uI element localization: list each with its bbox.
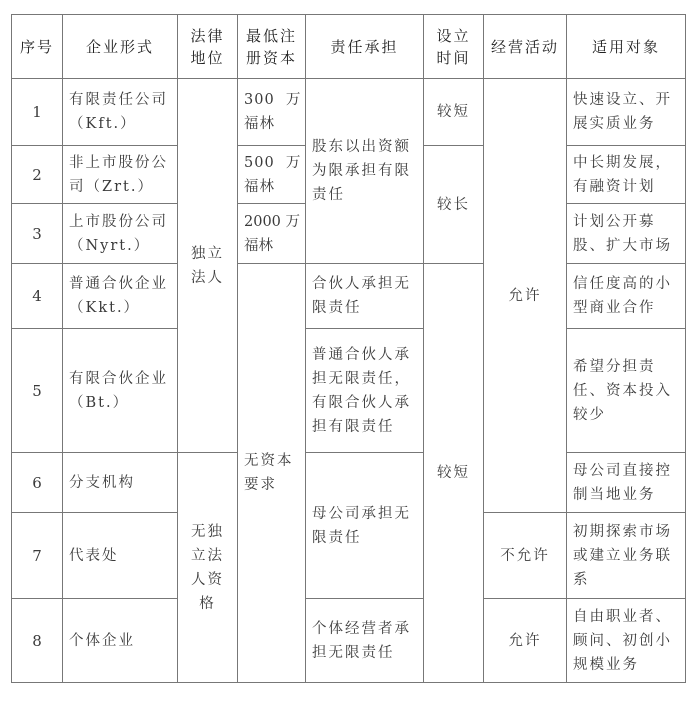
row-5-form: 有限合伙企业 （Bt.） (62, 328, 178, 453)
capital-zrt-text: 500 万 福林 (244, 151, 301, 199)
header-setup-time: 设立 时间 (423, 14, 484, 79)
activity-allowed-1: 允许 (483, 78, 567, 513)
row-2-index: 2 (11, 145, 63, 204)
header-form: 企业形式 (62, 14, 178, 79)
header-business-activity-label: 经营活动 (491, 36, 559, 58)
row-6-form-text: 分支机构 (69, 471, 135, 495)
row-5-index: 5 (11, 328, 63, 453)
row-7-target: 初期探索市场 或建立业务联 系 (566, 512, 686, 599)
row-2-form: 非上市股份公 司（Zrt.） (62, 145, 178, 204)
setup-short-2: 较短 (423, 263, 484, 683)
liability-partners: 合伙人承担无 限责任 (305, 263, 424, 329)
header-target-label: 适用对象 (592, 36, 660, 58)
row-3-index: 3 (11, 203, 63, 264)
header-liability: 责任承担 (305, 14, 424, 79)
legal-status-non-independent-text: 无独 立法 人资 格 (191, 520, 224, 616)
liability-parent: 母公司承担无 限责任 (305, 452, 424, 599)
row-4-target-text: 信任度高的小 型商业合作 (573, 272, 672, 320)
row-8-form: 个体企业 (62, 598, 178, 683)
row-3-target: 计划公开募 股、扩大市场 (566, 203, 686, 264)
row-7-index: 7 (11, 512, 63, 599)
row-6-target-text: 母公司直接控 制当地业务 (573, 459, 672, 507)
row-4-form: 普通合伙企业 （Kkt.） (62, 263, 178, 329)
header-min-capital: 最低注 册资本 (237, 14, 306, 79)
setup-long: 较长 (423, 145, 484, 264)
legal-status-independent: 独立 法人 (177, 78, 238, 453)
legal-status-non-independent: 无独 立法 人资 格 (177, 452, 238, 683)
capital-kft: 300 万 福林 (237, 78, 306, 146)
row-7-form: 代表处 (62, 512, 178, 599)
activity-allowed-2-text: 允许 (509, 629, 542, 653)
activity-not-allowed: 不允许 (483, 512, 567, 599)
liability-limited-partnership: 普通合伙人承 担无限责任， 有限合伙人承 担有限责任 (305, 328, 424, 453)
row-1-target: 快速设立、开 展实质业务 (566, 78, 686, 146)
row-7-target-text: 初期探索市场 或建立业务联 系 (573, 520, 672, 592)
row-5-target-text: 希望分担责 任、资本投入 较少 (573, 355, 672, 427)
row-5-form-text: 有限合伙企业 （Bt.） (69, 367, 168, 415)
row-4-target: 信任度高的小 型商业合作 (566, 263, 686, 329)
row-8-index: 8 (11, 598, 63, 683)
header-business-activity: 经营活动 (483, 14, 567, 79)
row-2-target-text: 中长期发展， 有融资计划 (573, 151, 672, 199)
activity-allowed-1-text: 允许 (509, 284, 542, 308)
capital-kft-text: 300 万 福林 (244, 88, 301, 136)
setup-short-1: 较短 (423, 78, 484, 146)
liability-sole: 个体经营者承 担无限责任 (305, 598, 424, 683)
header-legal-status-label: 法律 地位 (190, 25, 224, 69)
capital-zrt: 500 万 福林 (237, 145, 306, 204)
capital-nyrt-text: 2000 万 福林 (244, 210, 300, 258)
liability-shareholders: 股东以出资额 为限承担有限 责任 (305, 78, 424, 264)
row-6-index: 6 (11, 452, 63, 513)
header-target: 适用对象 (566, 14, 686, 79)
activity-allowed-2: 允许 (483, 598, 567, 683)
row-3-form: 上市股份公司 （Nyrt.） (62, 203, 178, 264)
header-min-capital-label: 最低注 册资本 (246, 25, 297, 69)
row-6-form: 分支机构 (62, 452, 178, 513)
capital-nyrt: 2000 万 福林 (237, 203, 306, 264)
row-8-target-text: 自由职业者、 顾问、初创小 规模业务 (573, 605, 672, 677)
setup-long-text: 较长 (437, 193, 470, 217)
row-2-form-text: 非上市股份公 司（Zrt.） (69, 151, 168, 199)
header-setup-time-label: 设立 时间 (436, 25, 470, 69)
row-4-form-text: 普通合伙企业 （Kkt.） (69, 272, 168, 320)
row-1-target-text: 快速设立、开 展实质业务 (573, 88, 672, 136)
row-2-target: 中长期发展， 有融资计划 (566, 145, 686, 204)
row-8-form-text: 个体企业 (69, 629, 135, 653)
row-1-index: 1 (11, 78, 63, 146)
header-index-label: 序号 (20, 36, 54, 58)
liability-parent-text: 母公司承担无 限责任 (312, 502, 411, 550)
capital-none-text: 无资本 要求 (244, 449, 294, 497)
setup-short-1-text: 较短 (437, 100, 470, 124)
row-3-form-text: 上市股份公司 （Nyrt.） (69, 210, 168, 258)
setup-short-2-text: 较短 (437, 461, 470, 485)
row-3-target-text: 计划公开募 股、扩大市场 (573, 210, 672, 258)
enterprise-forms-table: 序号 企业形式 法律 地位 最低注 册资本 责任承担 设立 时间 经营活动 适用… (0, 0, 699, 701)
row-6-target: 母公司直接控 制当地业务 (566, 452, 686, 513)
liability-partners-text: 合伙人承担无 限责任 (312, 272, 411, 320)
legal-status-independent-text: 独立 法人 (191, 242, 224, 290)
row-1-form-text: 有限责任公司 （Kft.） (69, 88, 168, 136)
header-legal-status: 法律 地位 (177, 14, 238, 79)
header-form-label: 企业形式 (86, 36, 154, 58)
liability-sole-text: 个体经营者承 担无限责任 (312, 617, 411, 665)
row-1-form: 有限责任公司 （Kft.） (62, 78, 178, 146)
liability-limited-partnership-text: 普通合伙人承 担无限责任， 有限合伙人承 担有限责任 (312, 343, 411, 439)
header-index: 序号 (11, 14, 63, 79)
row-7-form-text: 代表处 (69, 544, 119, 568)
row-5-target: 希望分担责 任、资本投入 较少 (566, 328, 686, 453)
liability-shareholders-text: 股东以出资额 为限承担有限 责任 (312, 135, 411, 207)
activity-not-allowed-text: 不允许 (500, 544, 550, 568)
capital-none: 无资本 要求 (237, 263, 306, 683)
row-4-index: 4 (11, 263, 63, 329)
header-liability-label: 责任承担 (330, 36, 398, 58)
row-8-target: 自由职业者、 顾问、初创小 规模业务 (566, 598, 686, 683)
